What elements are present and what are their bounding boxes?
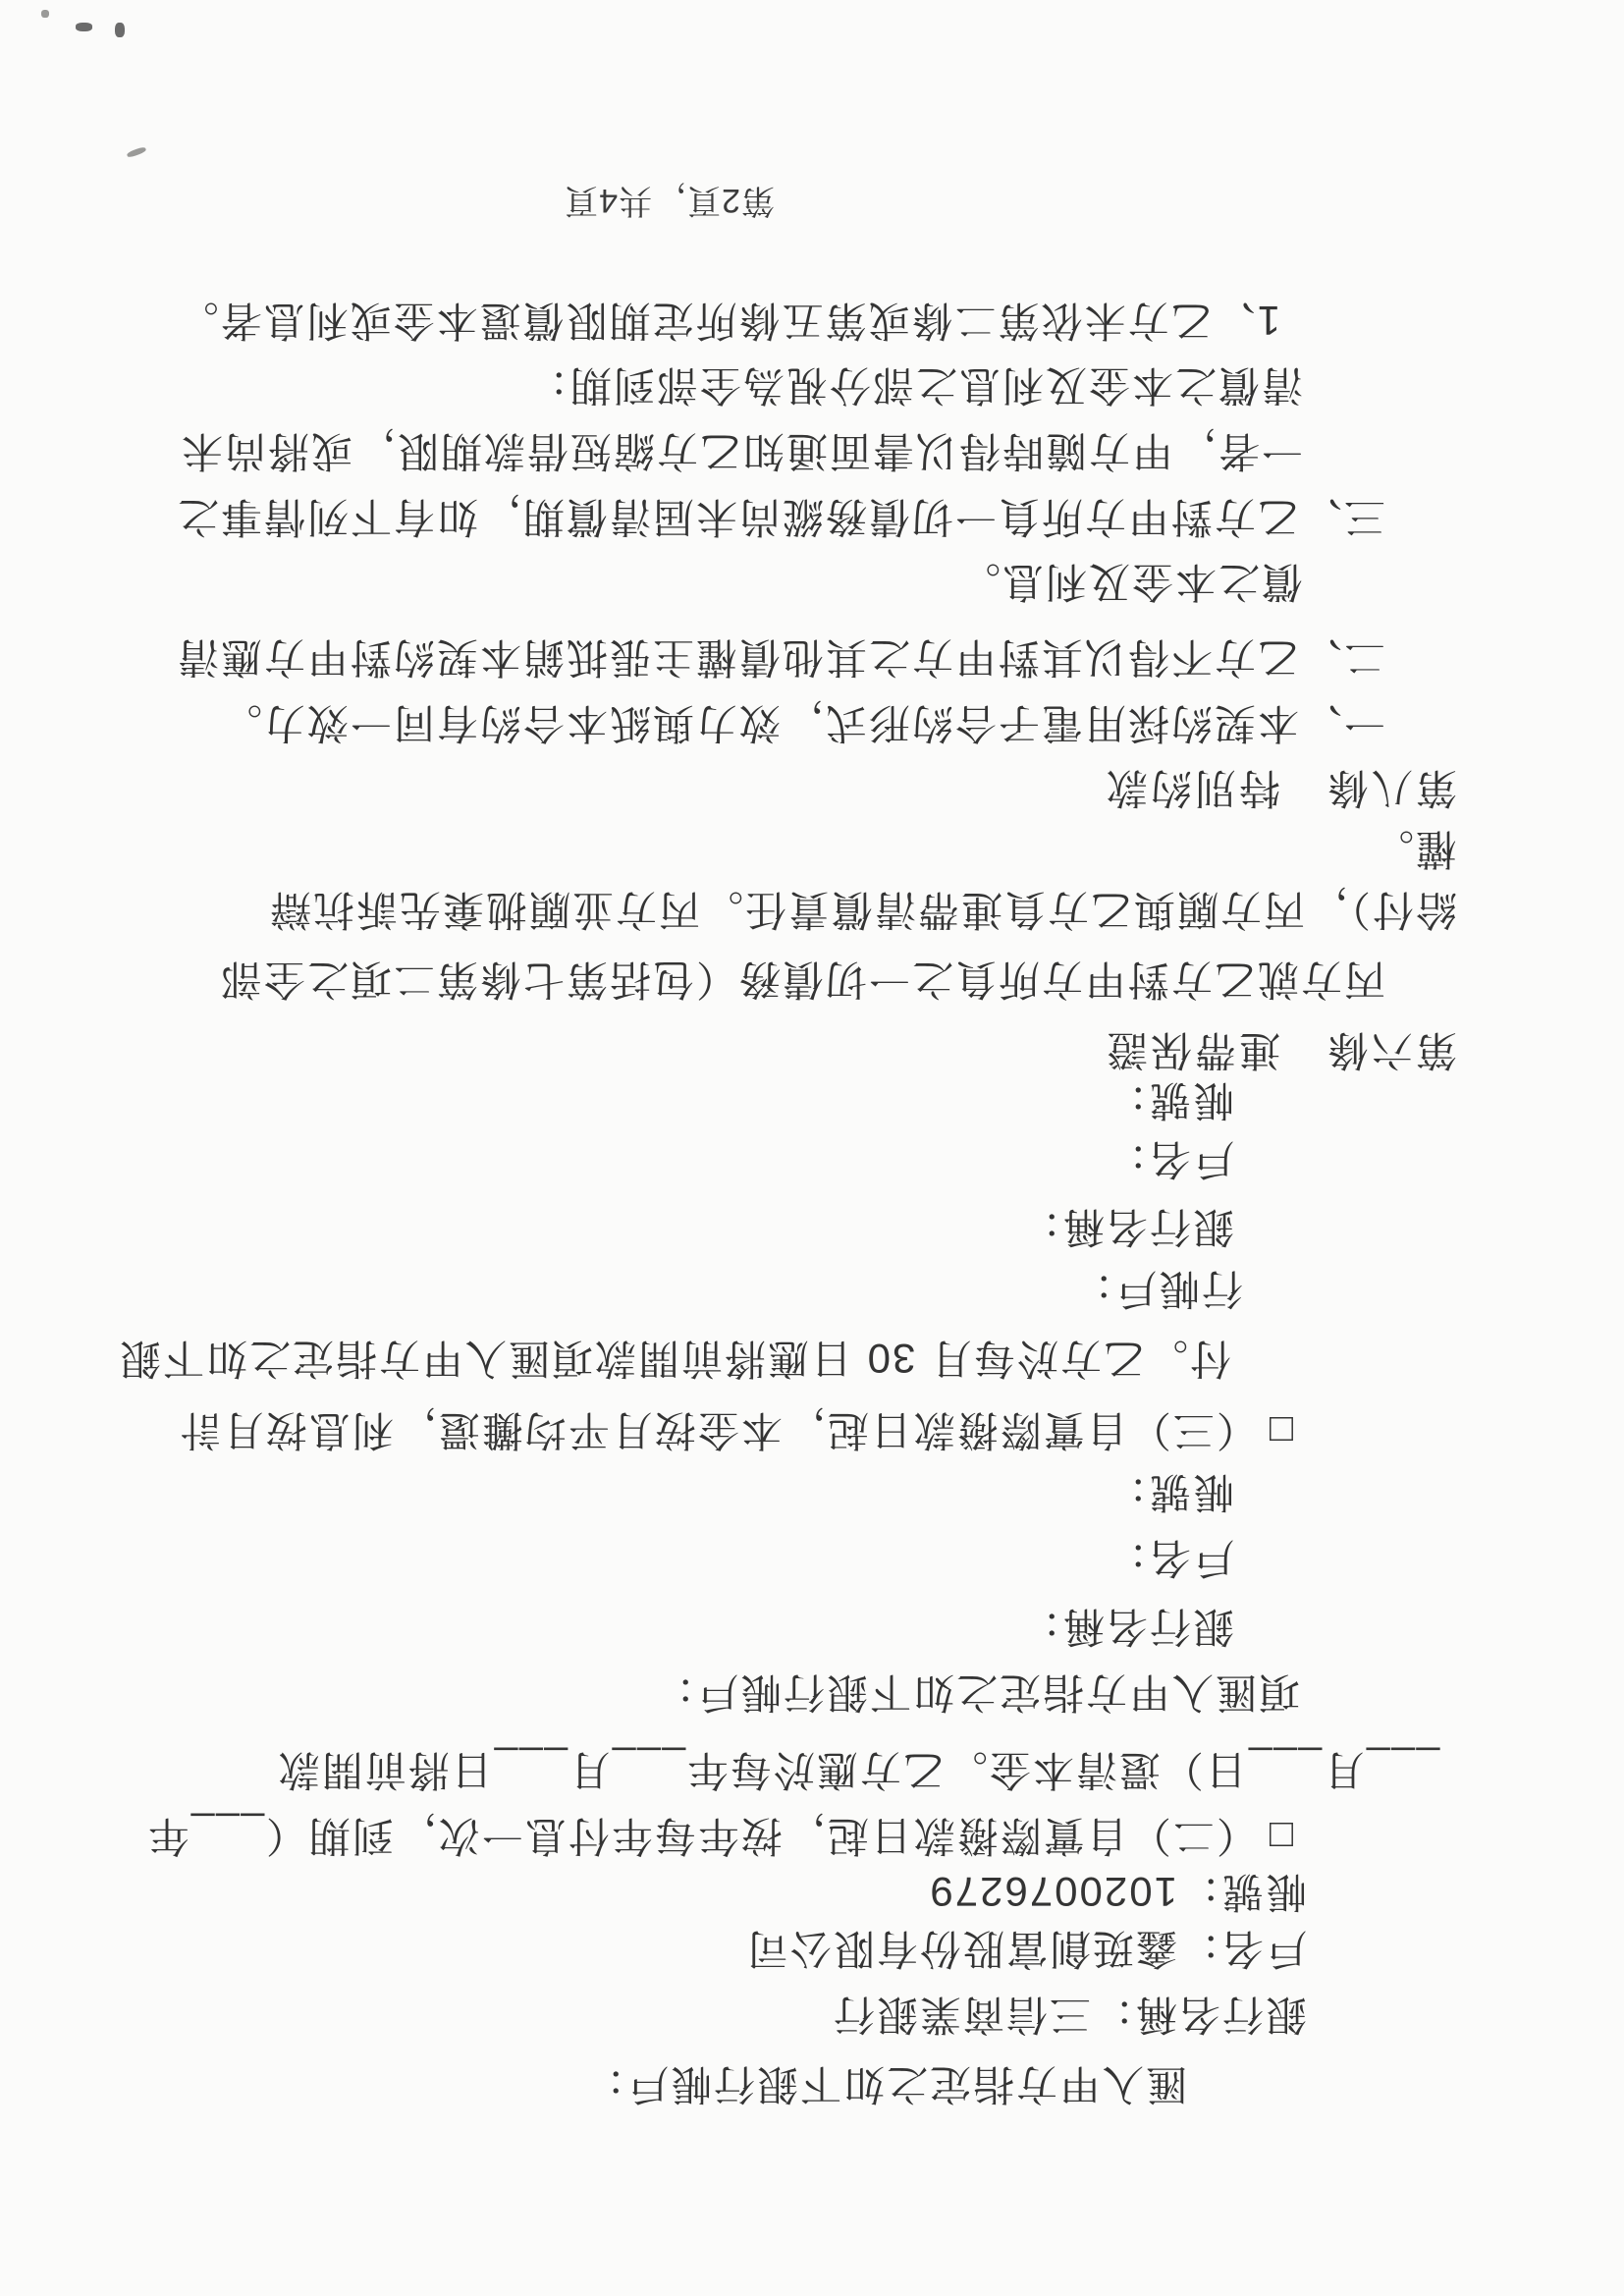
account-number-row-2: 帳號： <box>1105 1469 1234 1514</box>
account-holder-row-3: 戶名： <box>1105 1136 1234 1181</box>
clause-8-item-2: 二、乙方不得以其對甲方之其他債權主張抵銷本契約對甲方應清 <box>176 634 1385 680</box>
option-2-continuation-1-text: ___月___日）還清本金。乙方應於每年___月___日將前開款 <box>277 1747 1439 1793</box>
account-holder-row-2: 戶名： <box>1105 1535 1234 1580</box>
clause-6-heading: 第六條 連帶保證 <box>1104 1027 1457 1072</box>
account-number-label: 帳號： <box>1177 1869 1307 1915</box>
bank-name-label-3: 銀行名稱： <box>1018 1204 1234 1250</box>
bank-name-row-1: 銀行名稱：三信商業銀行 <box>832 1992 1307 2037</box>
clause-8-item-3-continuation-1-text: 一者，甲方隨時得以書面通知乙方縮短借款期限，或將尚未 <box>180 428 1303 474</box>
option-2-continuation-2: 項匯入甲方指定之如下銀行帳戶： <box>652 1669 1300 1715</box>
bank-name-label: 銀行名稱： <box>1091 1992 1307 2038</box>
scan-artifact-speck <box>76 23 92 31</box>
bank-name-row-3: 銀行名稱： <box>1018 1204 1234 1249</box>
deposit-instruction-text: 匯入甲方指定之如下銀行帳戶： <box>582 2061 1187 2107</box>
account-number-label-3: 帳號： <box>1105 1077 1234 1123</box>
clause-8-item-3-continuation-2-text: 清償之本金及利息之部分視為全部到期： <box>525 362 1303 409</box>
scan-artifact-speck <box>127 146 147 158</box>
clause-8-item-3-text: 三、乙方對甲方所負一切債務縱尚未屆清償期，如有下列情事之 <box>176 494 1385 540</box>
account-number-value: 1020076279 <box>928 1869 1177 1915</box>
option-2-text: （二）自實際撥款日起，按年每年付息一次，到期（___年 <box>146 1813 1258 1859</box>
checkbox-icon-option-2[interactable]: □ <box>1268 1814 1293 1857</box>
clause-8-subitem-1-text: 1、乙方未依第二條或第五條所定期限償還本金或利息者。 <box>176 298 1280 344</box>
account-holder-label-3: 戶名： <box>1105 1136 1234 1182</box>
clause-8-item-3-continuation-2: 清償之本金及利息之部分視為全部到期： <box>525 362 1303 408</box>
option-2-row: □（二）自實際撥款日起，按年每年付息一次，到期（___年 <box>146 1813 1293 1858</box>
clause-6-line-3: 權。 <box>1371 826 1457 871</box>
account-holder-label-2: 戶名： <box>1105 1535 1234 1581</box>
option-3-continuation-2: 行帳戶： <box>1070 1266 1243 1311</box>
clause-8-item-3: 三、乙方對甲方所負一切債務縱尚未屆清償期，如有下列情事之 <box>176 494 1385 539</box>
clause-6-line-1-text: 丙方就乙方對甲方所負之一切債務（包括第七條第二項之全部 <box>219 957 1385 1003</box>
clause-8-item-2-text: 二、乙方不得以其對甲方之其他債權主張抵銷本契約對甲方應清 <box>176 634 1385 681</box>
option-3-row: □（三）自實際撥款日起，本金按月平均攤還，利息按月計 <box>178 1407 1293 1452</box>
account-number-label-2: 帳號： <box>1105 1469 1234 1515</box>
deposit-instruction-continuation: 匯入甲方指定之如下銀行帳戶： <box>582 2061 1187 2106</box>
option-3-text: （三）自實際撥款日起，本金按月平均攤還，利息按月計 <box>178 1407 1258 1453</box>
option-3-continuation-1: 付。乙方於每月 30 日應將前開款項匯入甲方指定之如下銀 <box>118 1336 1231 1381</box>
option-2-continuation-2-text: 項匯入甲方指定之如下銀行帳戶： <box>652 1669 1300 1716</box>
clause-8-heading: 第八條 特別約款 <box>1104 765 1457 810</box>
clause-8-item-3-continuation-1: 一者，甲方隨時得以書面通知乙方縮短借款期限，或將尚未 <box>180 428 1303 473</box>
scanned-document-page: 匯入甲方指定之如下銀行帳戶： 銀行名稱：三信商業銀行 戶名：鑫珽創富股份有限公司… <box>0 0 1624 2296</box>
clause-6-line-2-text: 給付），丙方願與乙方負連帶清償責任。丙方並願拋棄先訴抗辯 <box>268 887 1457 933</box>
clause-6-line-2: 給付），丙方願與乙方負連帶清償責任。丙方並願拋棄先訴抗辯 <box>268 887 1457 932</box>
scan-artifact-speck <box>41 10 49 18</box>
checkbox-icon-option-3[interactable]: □ <box>1268 1408 1293 1451</box>
account-number-row-1: 帳號：1020076279 <box>928 1869 1307 1914</box>
account-number-row-3: 帳號： <box>1105 1077 1234 1122</box>
clause-8-item-2-continuation-text: 償之本金及利息。 <box>957 559 1303 605</box>
account-holder-value: 鑫珽創富股份有限公司 <box>745 1926 1177 1972</box>
page-number-footer: 第2頁，共4頁 <box>564 180 775 228</box>
bank-name-row-2: 銀行名稱： <box>1018 1604 1234 1649</box>
clause-8-item-1-text: 一、本契約採用電子合約形式，效力與紙本合約有同一效力。 <box>219 700 1385 746</box>
scan-artifact-speck <box>115 23 125 37</box>
clause-8-item-1: 一、本契約採用電子合約形式，效力與紙本合約有同一效力。 <box>219 700 1385 745</box>
option-3-continuation-2-text: 行帳戶： <box>1070 1266 1243 1312</box>
contract-sheet-rotated-180: 匯入甲方指定之如下銀行帳戶： 銀行名稱：三信商業銀行 戶名：鑫珽創富股份有限公司… <box>0 0 1624 2296</box>
clause-8-heading-text: 第八條 特別約款 <box>1104 765 1457 811</box>
account-holder-label: 戶名： <box>1177 1926 1307 1972</box>
account-holder-row-1: 戶名：鑫珽創富股份有限公司 <box>745 1926 1307 1971</box>
bank-name-label-2: 銀行名稱： <box>1018 1604 1234 1650</box>
option-2-continuation-1: ___月___日）還清本金。乙方應於每年___月___日將前開款 <box>277 1747 1439 1792</box>
bank-name-value: 三信商業銀行 <box>832 1992 1091 2038</box>
clause-8-subitem-1: 1、乙方未依第二條或第五條所定期限償還本金或利息者。 <box>176 298 1280 343</box>
option-3-continuation-1-text: 付。乙方於每月 30 日應將前開款項匯入甲方指定之如下銀 <box>118 1336 1231 1382</box>
page-number-text: 第2頁，共4頁 <box>564 182 775 219</box>
clause-6-heading-text: 第六條 連帶保證 <box>1104 1027 1457 1073</box>
clause-8-item-2-continuation: 償之本金及利息。 <box>957 559 1303 604</box>
clause-6-line-3-text: 權。 <box>1371 826 1457 872</box>
clause-6-line-1: 丙方就乙方對甲方所負之一切債務（包括第七條第二項之全部 <box>219 957 1385 1002</box>
